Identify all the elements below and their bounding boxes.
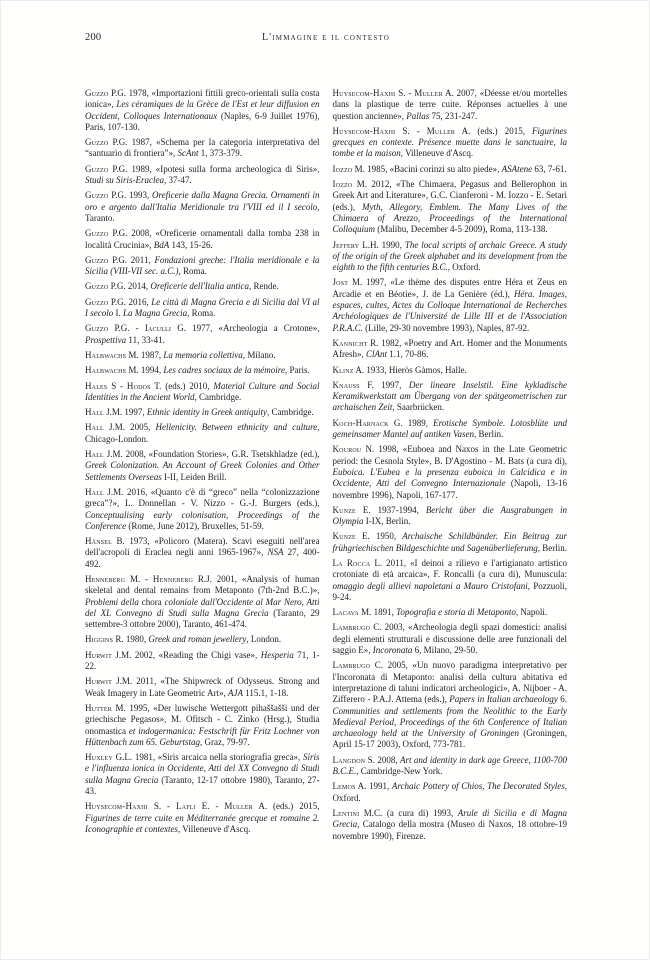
page-header: 200 L'immagine e il contesto — [85, 32, 567, 46]
bibliography-entry: Huysecom-Haxhi S. - Muller A. (eds.) 201… — [333, 126, 568, 160]
bibliography-entry: Lacava M. 1891, Topografia e storia di M… — [333, 607, 568, 618]
bibliography-entry: Hänsel B. 1973, «Policoro (Matera). Scav… — [85, 536, 320, 570]
book-page: 200 L'immagine e il contesto Guzzo P.G. … — [0, 0, 650, 960]
bibliography-entry: Lambrugo C. 2005, «Un nuovo paradigma in… — [333, 660, 568, 750]
bibliography-entry: Jeffery L.H. 1990, The local scripts of … — [333, 240, 568, 274]
bibliography-entry: Koch-Harnack G. 1989, Erotische Symbole.… — [333, 418, 568, 441]
bibliography-column-right: Huysecom-Haxhi S. - Muller A. 2007, «Dée… — [333, 88, 568, 846]
bibliography-entry: La Rocca L. 2011, «I deinoi a rilievo e … — [333, 558, 568, 603]
bibliography: Guzzo P.G. 1978, «Importazioni fittili g… — [85, 88, 567, 846]
bibliography-entry: Guzzo P.G. - Iaculli G. 1977, «Archeolog… — [85, 323, 320, 346]
bibliography-entry: Huysecom-Haxhi S. - Muller A. 2007, «Dée… — [333, 88, 568, 122]
bibliography-entry: Huysecom-Haxhi S. - Lafli E. - Muller A.… — [85, 801, 320, 835]
bibliography-entry: Huxley G.L. 1981, «Siris arcaica nella s… — [85, 752, 320, 797]
bibliography-entry: Guzzo P.G. 1978, «Importazioni fittili g… — [85, 88, 320, 133]
bibliography-entry: Guzzo P.G. 1989, «Ipotesi sulla forma ar… — [85, 164, 320, 187]
bibliography-entry: Guzzo P.G. 2011, Fondazioni greche: l'It… — [85, 255, 320, 278]
bibliography-entry: Langdon S. 2008, Art and identity in dar… — [333, 755, 568, 778]
bibliography-entry: Guzzo P.G. 2008, «Oreficerie ornamentali… — [85, 228, 320, 251]
bibliography-entry: Kannicht R. 1982, «Poetry and Art. Homer… — [333, 338, 568, 361]
bibliography-entry: Hales S - Hodos T. (eds.) 2010, Material… — [85, 381, 320, 404]
bibliography-entry: Hurwit J.M. 2002, «Reading the Chigi vas… — [85, 650, 320, 673]
bibliography-entry: Knauss F. 1997, Der lineare Inselstil. E… — [333, 380, 568, 414]
bibliography-entry: Lemos A. 1991, Archaic Pottery of Chios,… — [333, 781, 568, 804]
bibliography-entry: Jost M. 1997, «Le thème des disputes ent… — [333, 277, 568, 333]
bibliography-entry: Klinz A. 1933, Hieròs Gàmos, Halle. — [333, 365, 568, 376]
running-title: L'immagine e il contesto — [85, 32, 567, 43]
bibliography-entry: Hurwit J.M. 2011, «The Shipwreck of Odys… — [85, 676, 320, 699]
bibliography-entry: Higgins R. 1980, Greek and roman jewelle… — [85, 634, 320, 645]
bibliography-entry: Iozzo M. 2012, «The Chimaera, Pegasus an… — [333, 179, 568, 235]
bibliography-entry: Hall J.M. 2016, «Quanto c'è di “greco” n… — [85, 487, 320, 532]
bibliography-entry: Halbwachs M. 1987, La memoria collettiva… — [85, 350, 320, 361]
bibliography-entry: Guzzo P.G. 1993, Oreficerie dalla Magna … — [85, 190, 320, 224]
bibliography-entry: Guzzo P.G. 2016, Le città di Magna Greci… — [85, 297, 320, 320]
bibliography-entry: Lentini M.C. (a cura di) 1993, Arule di … — [333, 808, 568, 842]
bibliography-entry: Hutter M. 1995, «Der luwische Wettergott… — [85, 703, 320, 748]
bibliography-entry: Iozzo M. 1985, «Bacini corinzi su alto p… — [333, 164, 568, 175]
bibliography-entry: Hall J.M. 2008, «Foundation Stories», G.… — [85, 449, 320, 483]
bibliography-entry: Guzzo P.G. 1987, «Schema per la categori… — [85, 137, 320, 160]
bibliography-entry: Lambrugo C. 2003, «Archeologia degli spa… — [333, 622, 568, 656]
bibliography-entry: Kunze E. 1950, Archaische Schildbänder. … — [333, 531, 568, 554]
bibliography-entry: Henneberg M. - Henneberg R.J. 2001, «Ana… — [85, 574, 320, 630]
bibliography-entry: Halbwachs M. 1994, Les cadres sociaux de… — [85, 365, 320, 376]
bibliography-entry: Hall J.M. 1997, Ethnic identity in Greek… — [85, 407, 320, 418]
bibliography-entry: Guzzo P.G. 2014, Oreficerie dell'Italia … — [85, 281, 320, 292]
bibliography-entry: Hall J.M. 2005, Hellenicity. Between eth… — [85, 422, 320, 445]
bibliography-entry: Kourou N. 1998, «Euboea and Naxos in the… — [333, 444, 568, 500]
bibliography-column-left: Guzzo P.G. 1978, «Importazioni fittili g… — [85, 88, 320, 846]
bibliography-entry: Kunze E. 1937-1994, Bericht über die Aus… — [333, 505, 568, 528]
page-number: 200 — [85, 32, 101, 43]
